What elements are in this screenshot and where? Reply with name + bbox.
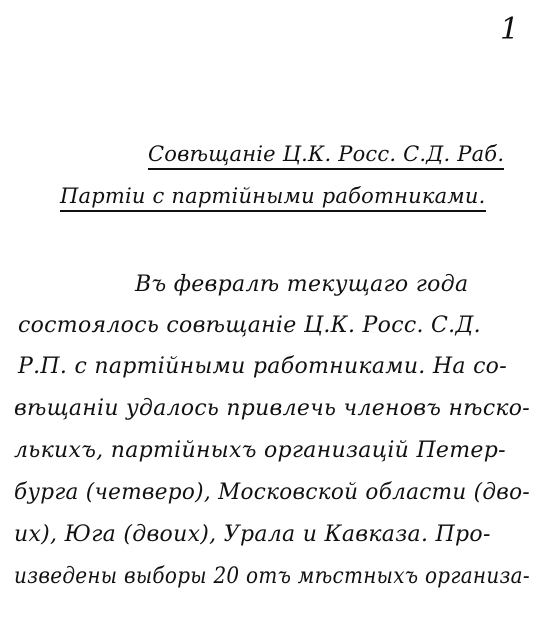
title-line-2: Партіи с партійными работниками. [60,184,486,208]
body-line: лькихъ, партійныхъ организацій Петер- [14,438,506,463]
title-underline-2 [60,210,486,212]
title-line-1-text: Совѣщаніе Ц.К. Росс. С.Д. Раб. [148,142,504,166]
body-line: Р.П. с партійными работниками. На со- [18,354,507,379]
manuscript-page: 1 Совѣщаніе Ц.К. Росс. С.Д. Раб. Партіи … [0,0,543,624]
page-number: 1 [500,12,519,47]
body-line: изведены выборы 20 отъ мѣстныхъ организа… [14,564,530,589]
title-underline-1 [148,168,504,170]
body-line: бурга (четверо), Московской области (дво… [14,480,530,505]
body-line: Въ февралѣ текущаго года [135,272,468,297]
title-line-1: Совѣщаніе Ц.К. Росс. С.Д. Раб. [148,142,504,166]
body-line: состоялось совѣщаніе Ц.К. Росс. С.Д. [18,313,481,338]
body-line: вѣщаніи удалось привлечь членовъ нѣско- [14,396,530,421]
body-line: их), Юга (двоих), Урала и Кавказа. Про- [14,522,491,547]
title-line-2-text: Партіи с партійными работниками. [60,184,486,208]
